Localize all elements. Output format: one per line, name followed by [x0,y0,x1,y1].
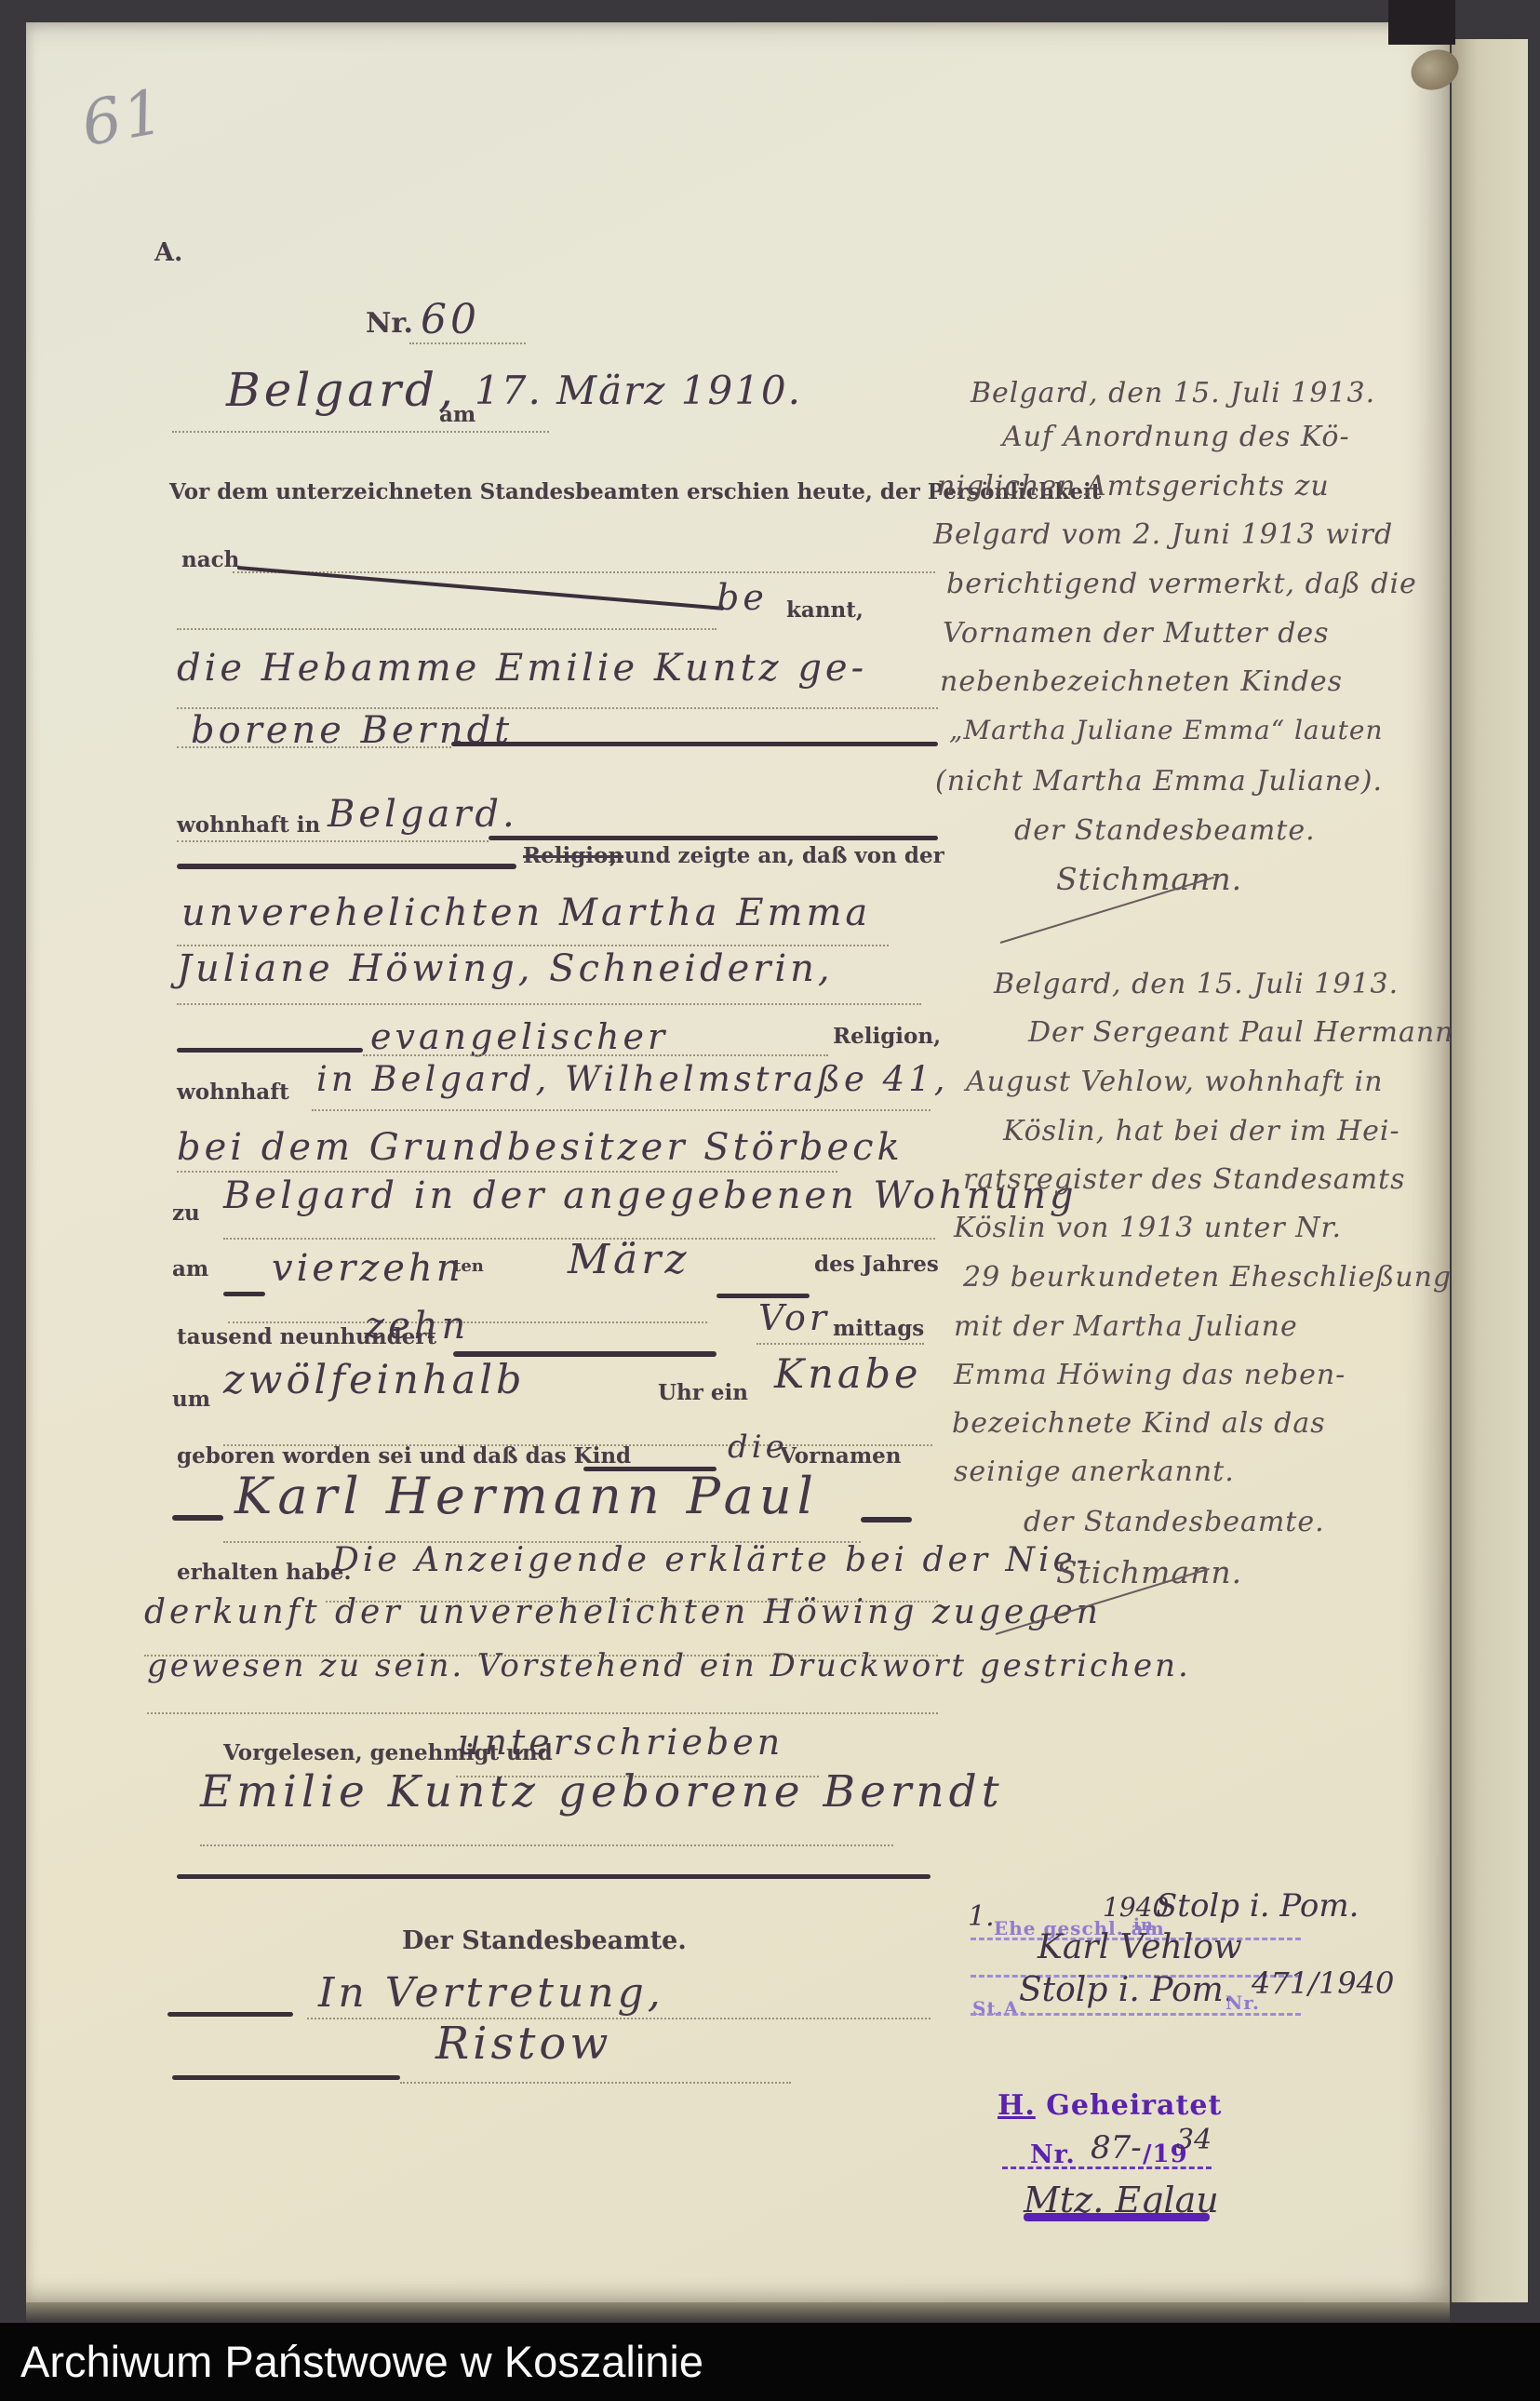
ruled-line [233,571,935,573]
ruled-line [172,431,549,433]
margin-note2-line: Der Sergeant Paul Hermann [1028,1016,1454,1049]
stamp-dashed-line [971,2013,1301,2016]
declarant-signature: Emilie Kuntz geborene Berndt [200,1766,1004,1818]
wohnhaft-label: wohnhaft in [177,812,320,838]
dateline-am-label: am [439,402,475,427]
ten-label: ten [453,1256,484,1276]
zeigte-an-line: , und zeigte an, daß von der [609,843,944,868]
margin-note1-line: (nicht Martha Emma Juliane). [935,765,1383,798]
stamp2-hand-year: 34 [1176,2124,1212,2156]
ruled-line [177,945,889,946]
record-number-value: 60 [421,296,480,343]
stamp2-nr-label: Nr. [1030,2140,1076,2169]
in-vertretung: In Vertretung, [318,1969,664,2017]
fill-line [223,1292,265,1296]
margin-note1-line: niglichen Amtsgerichts zu [937,470,1330,503]
margin-note2-line: bezeichnete Kind als das [952,1407,1326,1440]
margin-note1-signature: Stichmann. [1056,861,1242,897]
fill-line [177,864,516,869]
ruled-line [177,628,716,630]
margin-note2-line: 29 beurkundeten Eheschließung [963,1261,1452,1294]
margin-note1-line: Belgard, den 15. Juli 1913. [971,377,1375,409]
ruled-line [312,1109,931,1111]
registrar-signature: Ristow [435,2018,611,2070]
stamp2-title: H. Geheiratet [998,2089,1222,2122]
bekannt-printed: kannt, [786,597,864,623]
stamp1-hand-nr: 471/1940 [1252,1965,1394,2001]
margin-note2-signature: Stichmann. [1056,1554,1242,1590]
wohnhaft2-value: in Belgard, Wilhelmstraße 41, [316,1059,949,1099]
des-jahres-label: des Jahres [814,1252,939,1277]
fill-line [177,1048,363,1053]
fill-line [489,836,938,840]
scanned-register-page: 61 A. Nr. 60 Belgard, am 17. März 1910. … [0,0,1540,2401]
margin-note1-line: Auf Anordnung des Kö- [1002,421,1350,453]
binding-gap [1388,0,1455,45]
religion-label: Religion, [833,1024,941,1049]
record-number-label: Nr. [366,307,413,340]
dateline-date: 17. März 1910. [475,368,802,413]
wohnhaft-value: Belgard. [328,793,518,836]
margin-note2-line: ratsregister des Standesamts [963,1163,1406,1196]
year-value: zehn [365,1305,469,1348]
time-value: zwölfeinhalb [223,1357,526,1403]
next-page-edge [1452,39,1528,2302]
religion-value: evangelischer [370,1016,668,1057]
declarant-line-1: die Hebamme Emilie Kuntz ge- [177,647,867,690]
margin-note2-line: Belgard, den 15. Juli 1913. [994,968,1399,1000]
ruled-line [307,2018,931,2019]
geboren-line: geboren worden sei und daß das Kind [177,1443,631,1469]
mittags-label: mittags [833,1316,924,1341]
mother-line-2: Juliane Höwing, Schneiderin, [177,947,834,990]
sex-value: Knabe [774,1351,921,1398]
religion-struck: Religion [523,843,623,868]
fill-line [172,2075,400,2080]
child-names: Karl Hermann Paul [234,1467,819,1525]
am-label: am [172,1256,208,1281]
uhr-label: Uhr ein [658,1380,748,1405]
stamp2-title-word: Geheiratet [1046,2089,1222,2122]
ruled-line [177,840,489,842]
margin-note1-line: Vornamen der Mutter des [943,617,1330,650]
unterschrieben-value: unterschrieben [458,1722,783,1763]
zu-value: Belgard in der angegebenen Wohnung [223,1174,1078,1217]
margin-note1-line: berichtigend vermerkt, daß die [946,568,1417,600]
ruled-line [363,1054,828,1056]
wohnhaft2-label: wohnhaft [177,1080,289,1105]
margin-note2-line: Köslin von 1913 unter Nr. [954,1212,1342,1244]
stamp-dashed-line [1002,2166,1212,2169]
vornamen-label: Vornamen [780,1443,902,1469]
margin-note1-label-registrar: der Standesbeamte. [1014,814,1316,847]
registrar-label: Der Standesbeamte. [402,1926,687,1955]
ruled-line [200,1844,893,1846]
ruled-line [177,1003,921,1005]
fill-line [451,742,938,746]
stamp1-hand-sta-place: Stolp i. Pom. [1019,1971,1234,2009]
ruled-line [177,1171,837,1173]
pencil-page-number: 61 [76,75,171,160]
margin-note1-line: Belgard vom 2. Juni 1913 wird [933,518,1393,551]
margin-note2-line: August Vehlow, wohnhaft in [966,1066,1384,1098]
stamp1-hand-place: Stolp i. Pom. [1156,1887,1359,1925]
closing-line-3: gewesen zu sein. Vorstehend ein Druckwor… [147,1647,1191,1684]
closing-line-1: Die Anzeigende erklärte bei der Nie- [332,1541,1091,1579]
page-bottom-shadow [26,2302,1450,2323]
stamp1-hand-name: Karl Vehlow [1038,1928,1242,1966]
dateline-city: Belgard, [226,363,457,417]
stamp2-hand-nr: 87- [1091,2129,1142,2166]
margin-note2-line: Emma Höwing das neben- [954,1359,1346,1391]
stamp2-title-prefix: H. [998,2089,1036,2122]
mother-line-1: unverehelichten Martha Emma [181,892,871,934]
fill-line [172,1515,223,1521]
ruled-line [757,1343,924,1345]
margin-note2-line: seinige anerkannt. [954,1455,1235,1488]
margin-note1-line: „Martha Juliane Emma“ lauten [949,715,1383,745]
margin-note2-line: mit der Martha Juliane [954,1310,1298,1343]
nach-label: nach [181,547,239,572]
stamp-underline [1024,2213,1210,2221]
vor-value: Vor [758,1297,830,1338]
ruled-line [409,342,526,344]
fill-line [167,2012,293,2017]
ruled-line [177,746,451,748]
margin-note2-label-registrar: der Standesbeamte. [1024,1506,1325,1538]
erhalten-label: erhalten habe. [177,1560,351,1585]
grundbesitzer-line: bei dem Grundbesitzer Störbeck [177,1126,904,1169]
day-value: vierzehn [272,1247,463,1290]
margin-note2-line: Köslin, hat bei der im Hei- [1003,1115,1400,1147]
separator-rule [177,1874,931,1879]
fill-line [861,1517,912,1522]
bekannt-hand: be [716,577,768,618]
stamp1-hand-index: 1. [968,1900,995,1933]
um-label: um [172,1387,210,1412]
margin-note1-line: nebenbezeichneten Kindes [940,665,1343,698]
zu-label: zu [172,1200,200,1226]
archive-name: Archiwum Państwowe w Koszalinie [20,2336,703,2387]
closing-line-2: derkunft der unverehelichten Höwing zuge… [144,1593,1102,1631]
month-value: März [568,1236,690,1283]
section-letter: A. [154,238,182,267]
ruled-line [147,1712,938,1714]
ruled-line [400,2082,791,2084]
